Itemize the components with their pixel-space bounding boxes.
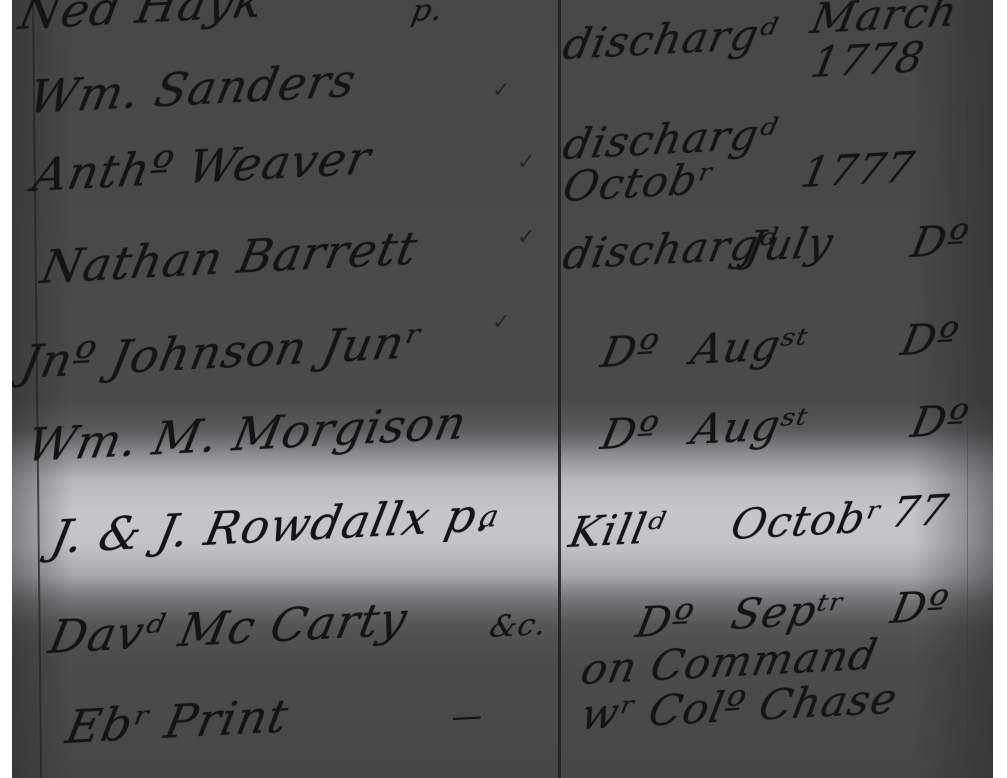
column-divider-rule (558, 0, 561, 778)
entry-status-4: Dº (597, 325, 663, 377)
entry-name-2: Wm. Sanders (25, 53, 361, 124)
right-vignette (913, 0, 993, 778)
entry-name-6: Wm. M. Morgison (23, 395, 472, 472)
entry-name-3: Anthº Weaver (29, 131, 376, 202)
entry-name-1: Ned Hayk (15, 0, 269, 40)
entry-month-3: July (742, 218, 838, 271)
entry-name-5: Jnº Johnson Junʳ (17, 314, 427, 389)
entry-year-7: Dº (887, 581, 953, 633)
entry-year-4: Dº (897, 313, 963, 365)
entry-name-4: Nathan Barrett (37, 221, 423, 294)
entry-status-5: Dº (597, 407, 663, 459)
entry-name-9: Ebʳ Print (62, 689, 294, 754)
entry-month-7: Sepᵗʳ (727, 584, 848, 639)
entry-year-5: Dº (907, 395, 973, 447)
entry-year-6: 77 (887, 485, 953, 537)
check-mark-icon: ✓ (492, 78, 510, 103)
entry-month-5: Augˢᵗ (687, 399, 812, 454)
entry-year-3: Dº (907, 215, 973, 267)
entry-name-7: J. & J. Rowdallx p. (47, 487, 498, 564)
entry-month-2: Octobʳ (559, 154, 718, 211)
check-mark-icon: ✓ (492, 310, 510, 335)
entry-year-2: 1777 (797, 142, 919, 197)
ledger-photograph: Ned Hayk p. Wm. Sanders ✓ Anthº Weaver ✓… (12, 0, 993, 778)
entry-status-6: Killᵈ (565, 503, 669, 557)
entry-status-1: dischargᵈ (559, 9, 781, 69)
entry-suffix-8: &c. (487, 607, 551, 645)
entry-month-4: Augˢᵗ (687, 319, 812, 374)
entry-suffix-1: p. (409, 0, 447, 29)
check-mark-icon: ✓ (517, 150, 535, 175)
entry-year-1: 1778 (807, 32, 929, 87)
entry-suffix-9: — (449, 698, 487, 735)
entry-month-6: Octobʳ (727, 492, 886, 549)
entry-name-8: Davᵈ Mc Carty (45, 592, 413, 664)
check-mark-icon: ✓ (517, 225, 535, 250)
